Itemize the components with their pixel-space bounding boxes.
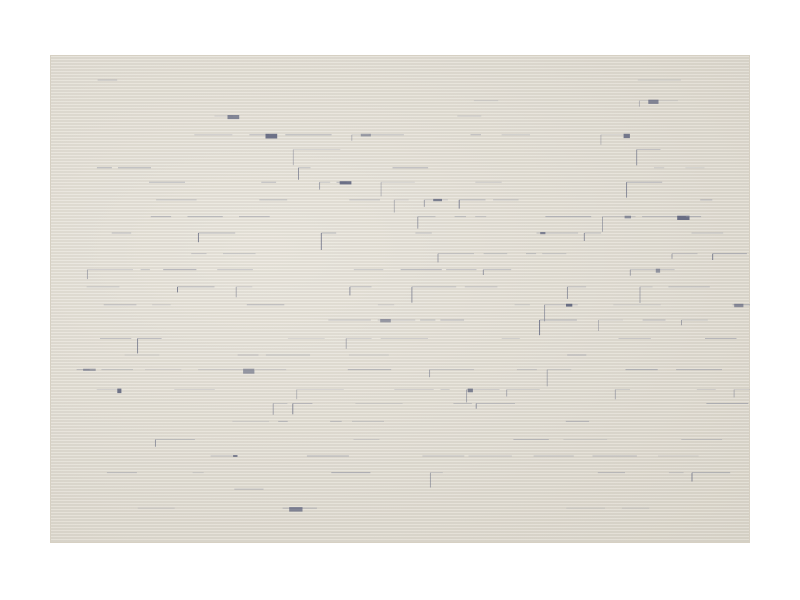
rug bbox=[50, 55, 750, 543]
rug-pattern bbox=[50, 55, 750, 543]
